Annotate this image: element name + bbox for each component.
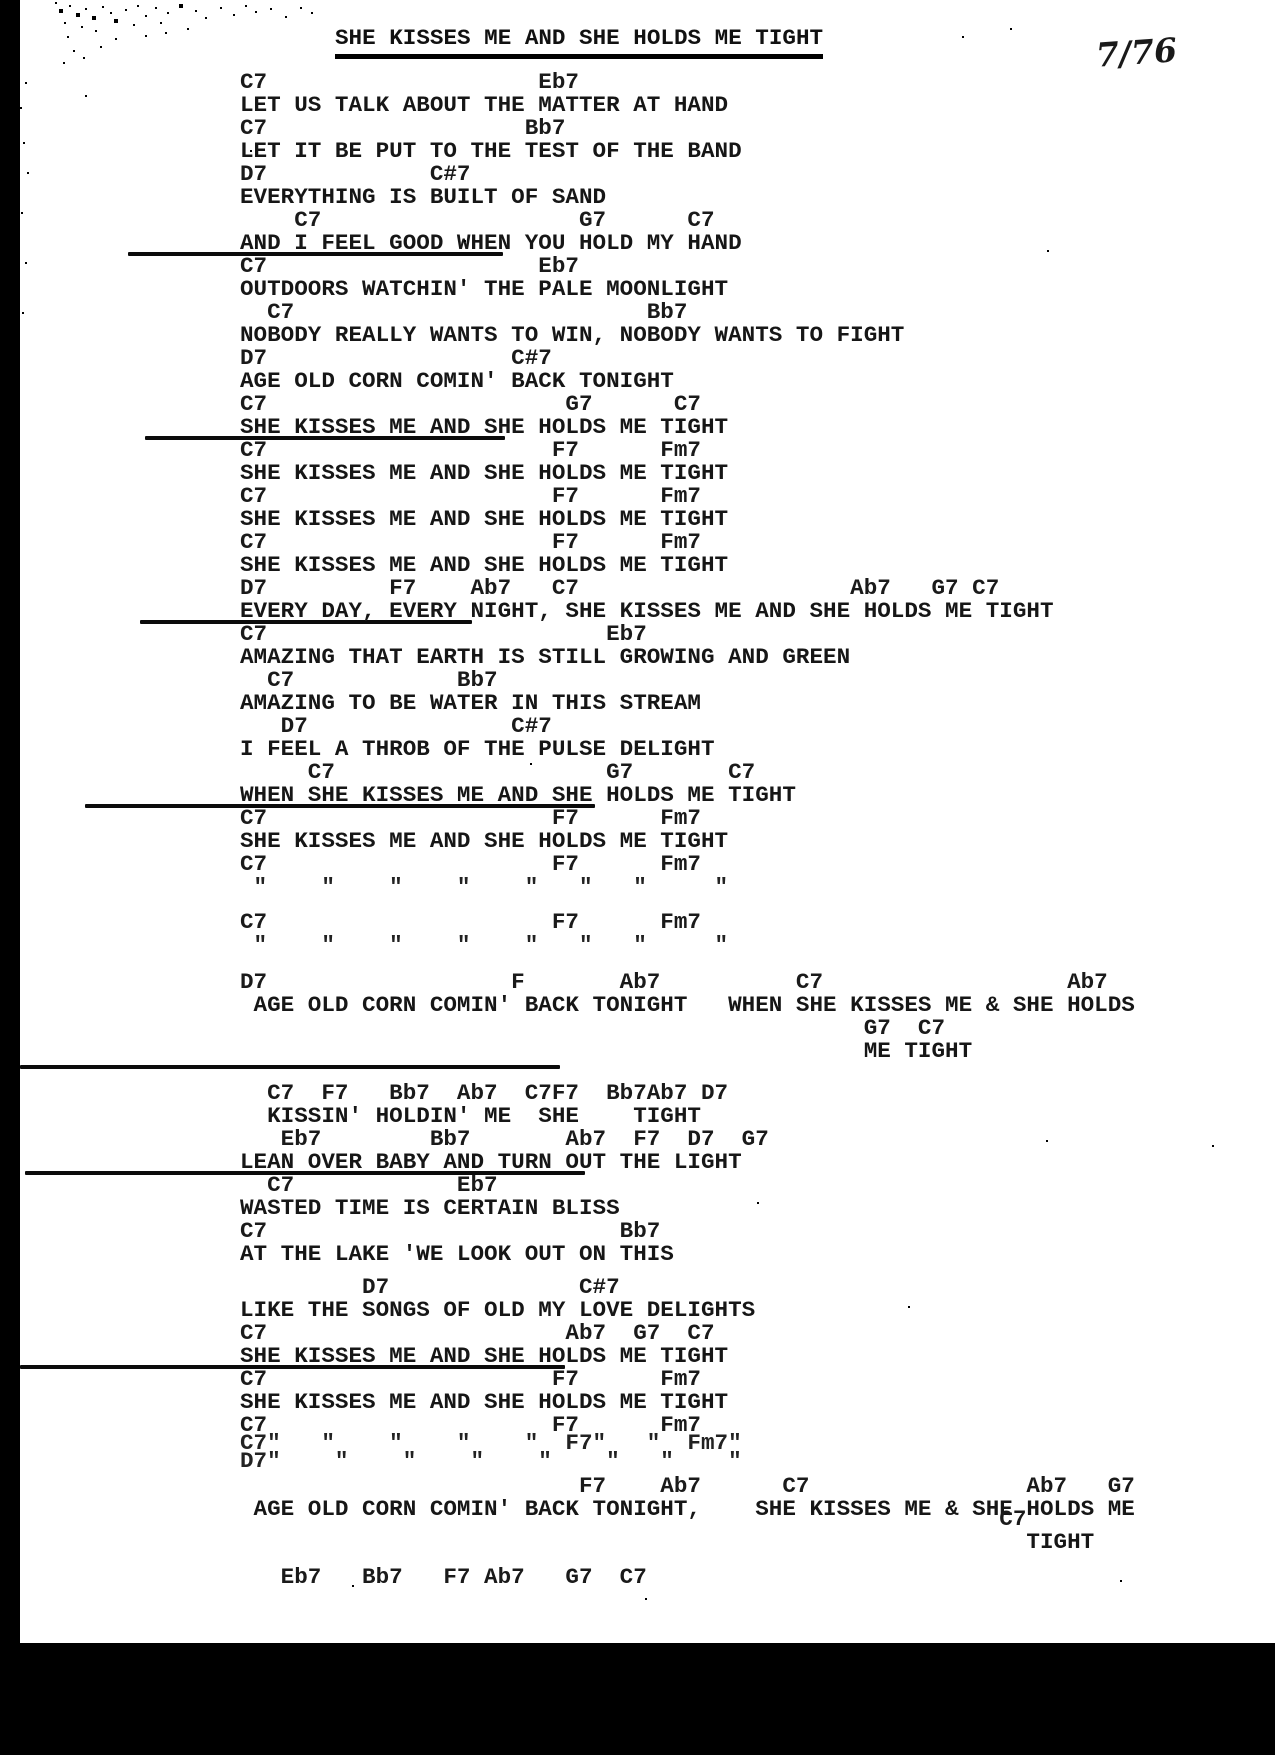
lyric-line: I FEEL A THROB OF THE PULSE DELIGHT xyxy=(240,738,1250,761)
lyric-line: SHE KISSES ME AND SHE HOLDS ME TIGHT xyxy=(240,462,1250,485)
chord-line: C7 Bb7 xyxy=(240,1220,1250,1243)
chord-line: C7 G7 C7 xyxy=(240,761,1250,784)
lyric-line: ME TIGHT xyxy=(240,1040,1250,1063)
chord-line: C7 F7 Fm7 xyxy=(240,911,1250,934)
scan-noise-top-left xyxy=(55,2,57,4)
chord-line: C7 Ab7 G7 C7 xyxy=(240,1322,1250,1345)
lyric-line: SHE KISSES ME AND SHE HOLDS ME TIGHT xyxy=(240,1345,1250,1368)
lyric-line: WASTED TIME IS CERTAIN BLISS xyxy=(240,1197,1250,1220)
chord-line: Eb7 Bb7 Ab7 F7 D7 G7 xyxy=(240,1128,1250,1151)
chord-line: C7 G7 C7 xyxy=(240,209,1250,232)
chord-line: C7 Eb7 xyxy=(240,1174,1250,1197)
chord-line: C7 F7 Fm7 xyxy=(240,485,1250,508)
lyric-line: SHE KISSES ME AND SHE HOLDS ME TIGHT xyxy=(240,554,1250,577)
lyric-line: EVERYTHING IS BUILT OF SAND xyxy=(240,186,1250,209)
chord-line: C7 Eb7 xyxy=(240,71,1250,94)
lyric-line: NOBODY REALLY WANTS TO WIN, NOBODY WANTS… xyxy=(240,324,1250,347)
chord-line: C7 xyxy=(240,1508,1250,1531)
chord-line: C7 F7 Fm7 xyxy=(240,439,1250,462)
ditto-line: " " " " " " " " xyxy=(240,876,1250,899)
chord-line: C7 Bb7 xyxy=(240,301,1250,324)
chord-line: D7 F7 Ab7 C7 Ab7 G7 C7 xyxy=(240,577,1250,600)
lyric-line: SHE KISSES ME AND SHE HOLDS ME TIGHT xyxy=(240,1391,1250,1414)
lyric-line: AMAZING TO BE WATER IN THIS STREAM xyxy=(240,692,1250,715)
chord-line: D7 C#7 xyxy=(240,163,1250,186)
lyric-line: WHEN SHE KISSES ME AND SHE HOLDS ME TIGH… xyxy=(240,784,1250,807)
chord-line: C7 F7 Fm7 xyxy=(240,531,1250,554)
lyric-line: LET IT BE PUT TO THE TEST OF THE BAND xyxy=(240,140,1250,163)
scanner-edge-bottom xyxy=(0,1643,1275,1755)
chord-line: C7 Bb7 xyxy=(240,669,1250,692)
ditto-line: D7" " " " " " " " xyxy=(240,1450,1250,1473)
chord-line: C7 F7 Bb7 Ab7 C7F7 Bb7Ab7 D7 xyxy=(240,1082,1250,1105)
scanner-edge-left xyxy=(0,0,20,1755)
lyric-line: AT THE LAKE 'WE LOOK OUT ON THIS xyxy=(240,1243,1250,1266)
chord-line: D7 C#7 xyxy=(240,715,1250,738)
lyric-line: KISSIN' HOLDIN' ME SHE TIGHT xyxy=(240,1105,1250,1128)
lyric-line: SHE KISSES ME AND SHE HOLDS ME TIGHT xyxy=(240,416,1250,439)
lyric-line: LET US TALK ABOUT THE MATTER AT HAND xyxy=(240,94,1250,117)
chord-line: C7 F7 Fm7 xyxy=(240,1368,1250,1391)
lyric-line: AGE OLD CORN COMIN' BACK TONIGHT WHEN SH… xyxy=(240,994,1250,1017)
sheet-content: SHE KISSES ME AND SHE HOLDS ME TIGHT C7 … xyxy=(240,26,1250,1589)
lyric-line: SHE KISSES ME AND SHE HOLDS ME TIGHT xyxy=(240,508,1250,531)
pen-underline xyxy=(20,1065,560,1069)
lyric-line: OUTDOORS WATCHIN' THE PALE MOONLIGHT xyxy=(240,278,1250,301)
ditto-line: " " " " " " " " xyxy=(240,934,1250,957)
chord-line: Eb7 Bb7 F7 Ab7 G7 C7 xyxy=(240,1566,1250,1589)
chord-line: C7 F7 Fm7 xyxy=(240,853,1250,876)
chord-line: G7 C7 xyxy=(240,1017,1250,1040)
chord-line: C7 Eb7 xyxy=(240,255,1250,278)
chord-line: C7 Bb7 xyxy=(240,117,1250,140)
lyric-line: TIGHT xyxy=(240,1531,1250,1554)
lyric-line: AMAZING THAT EARTH IS STILL GROWING AND … xyxy=(240,646,1250,669)
chord-line: F7 Ab7 C7 Ab7 G7 xyxy=(240,1475,1250,1498)
lyric-line: AGE OLD CORN COMIN' BACK TONIGHT xyxy=(240,370,1250,393)
chord-line: C7 G7 C7 xyxy=(240,393,1250,416)
song-title: SHE KISSES ME AND SHE HOLDS ME TIGHT xyxy=(335,26,823,59)
sheet-lines: C7 Eb7LET US TALK ABOUT THE MATTER AT HA… xyxy=(240,71,1250,1589)
chord-line: D7 C#7 xyxy=(240,1276,1250,1299)
chord-line: C7 F7 Fm7 xyxy=(240,807,1250,830)
chord-line: D7 F Ab7 C7 Ab7 xyxy=(240,971,1250,994)
lyric-line: EVERY DAY, EVERY NIGHT, SHE KISSES ME AN… xyxy=(240,600,1250,623)
lyric-line: AND I FEEL GOOD WHEN YOU HOLD MY HAND xyxy=(240,232,1250,255)
chord-line: D7 C#7 xyxy=(240,347,1250,370)
lyric-line: LEAN OVER BABY AND TURN OUT THE LIGHT xyxy=(240,1151,1250,1174)
lyric-line: LIKE THE SONGS OF OLD MY LOVE DELIGHTS xyxy=(240,1299,1250,1322)
song-title-row: SHE KISSES ME AND SHE HOLDS ME TIGHT xyxy=(240,26,1250,60)
lyric-line: SHE KISSES ME AND SHE HOLDS ME TIGHT xyxy=(240,830,1250,853)
scanned-song-sheet: 7/76 SHE KISSES ME AND SHE HOLDS ME TIGH… xyxy=(0,0,1275,1755)
chord-line: C7 Eb7 xyxy=(240,623,1250,646)
